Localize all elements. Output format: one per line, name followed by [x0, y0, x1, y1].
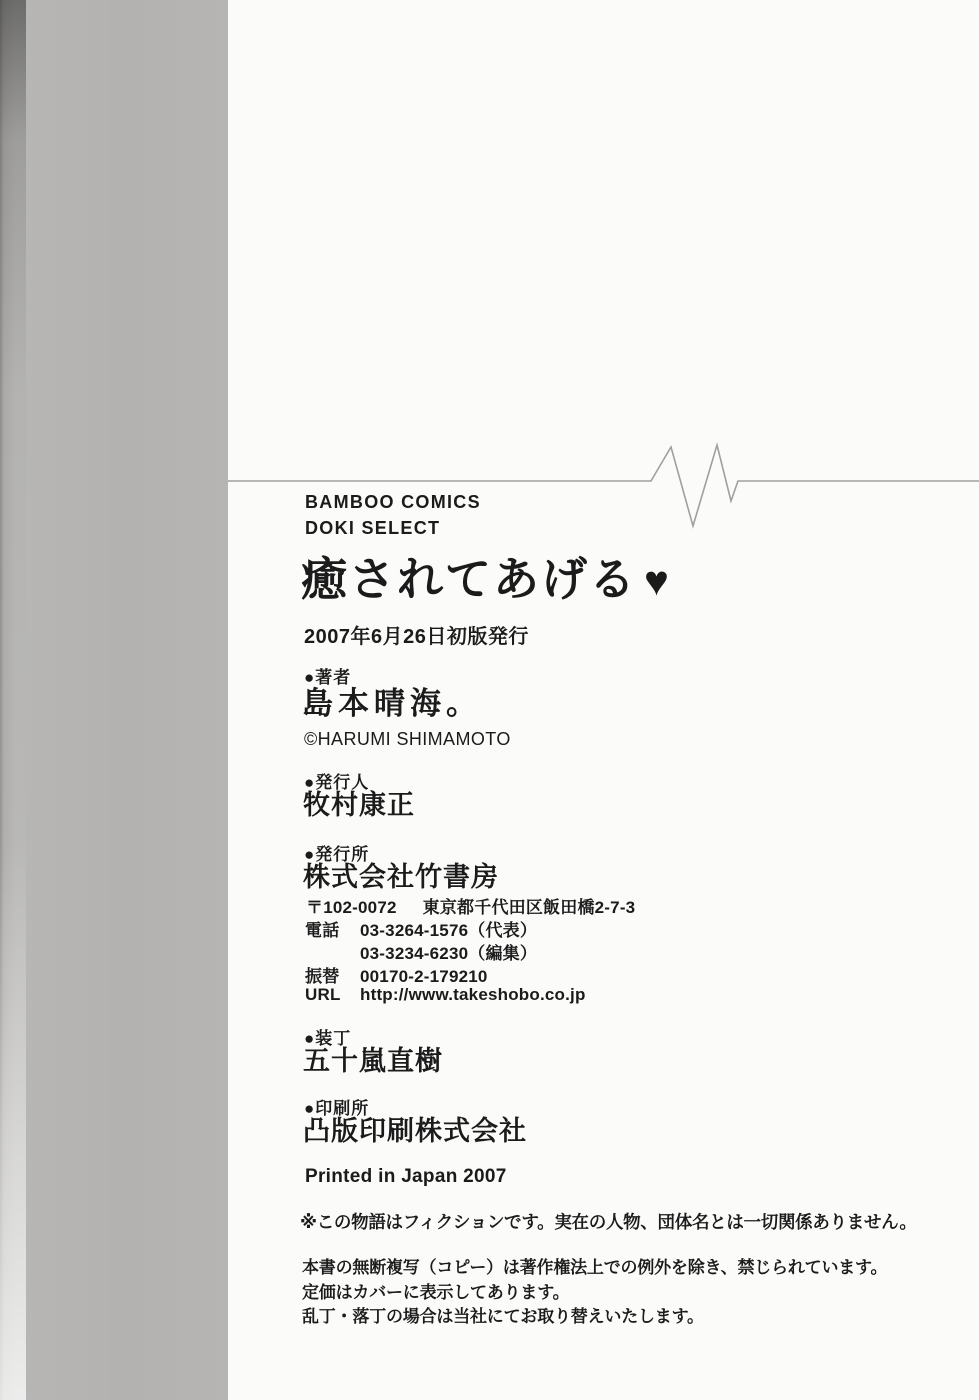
publisher-name: 株式会社竹書房	[303, 860, 499, 895]
author-name: 島本晴海。	[302, 684, 482, 724]
colophon-page: BAMBOO COMICS DOKI SELECT 癒されてあげる♥ 2007年…	[0, 0, 979, 1400]
price-notice: 定価はカバーに表示してあります。	[302, 1281, 887, 1306]
publisher-address: 東京都千代田区飯田橋2-7-3	[423, 898, 636, 917]
publisher-person-name: 牧村康正	[303, 788, 415, 823]
printed-in-japan: Printed in Japan 2007	[305, 1166, 507, 1188]
series-label: BAMBOO COMICS DOKI SELECT	[305, 489, 481, 541]
phone-row-2: 03-3234-6230（編集）	[305, 939, 537, 964]
phone-label: 電話	[305, 916, 360, 941]
phone-number-editorial: 03-3234-6230（編集）	[360, 939, 537, 964]
series-line-1: BAMBOO COMICS	[305, 489, 481, 515]
series-line-2: DOKI SELECT	[305, 515, 481, 541]
defective-copy-notice: 乱丁・落丁の場合は当社にてお取り替えいたします。	[302, 1305, 887, 1330]
book-spine-scan-strip	[0, 0, 228, 1400]
postal-transfer-label: 振替	[305, 962, 360, 987]
url-row: URLhttp://www.takeshobo.co.jp	[305, 985, 586, 1005]
copyright-notice: 本書の無断複写（コピー）は著作権法上での例外を除き、禁じられています。	[302, 1256, 887, 1281]
heartbeat-rule-line	[228, 0, 979, 560]
fiction-disclaimer: ※この物語はフィクションです。実在の人物、団体名とは一切関係ありません。	[300, 1209, 917, 1234]
phone-number-main: 03-3264-1576（代表）	[360, 921, 537, 940]
author-copyright: ©HARUMI SHIMAMOTO	[304, 729, 511, 750]
phone-row-1: 電話03-3264-1576（代表）	[305, 916, 537, 941]
postal-transfer-number: 00170-2-179210	[360, 967, 488, 986]
book-title-text: 癒されてあげる	[301, 553, 637, 605]
book-title: 癒されてあげる♥	[301, 551, 669, 609]
designer-name: 五十嵐直樹	[303, 1044, 443, 1079]
legal-notices: 本書の無断複写（コピー）は著作権法上での例外を除き、禁じられています。 定価はカ…	[302, 1256, 887, 1330]
url-label: URL	[305, 985, 360, 1005]
edition-date: 2007年6月26日初版発行	[304, 620, 529, 649]
publisher-url: http://www.takeshobo.co.jp	[360, 985, 586, 1004]
publisher-address-row: 〒102-0072東京都千代田区飯田橋2-7-3	[306, 893, 635, 918]
printer-name: 凸版印刷株式会社	[303, 1114, 527, 1149]
postal-code: 〒102-0072	[306, 898, 397, 917]
colophon-content: BAMBOO COMICS DOKI SELECT 癒されてあげる♥ 2007年…	[228, 0, 979, 1400]
heart-icon: ♥	[644, 557, 669, 604]
postal-transfer-row: 振替00170-2-179210	[305, 962, 488, 987]
